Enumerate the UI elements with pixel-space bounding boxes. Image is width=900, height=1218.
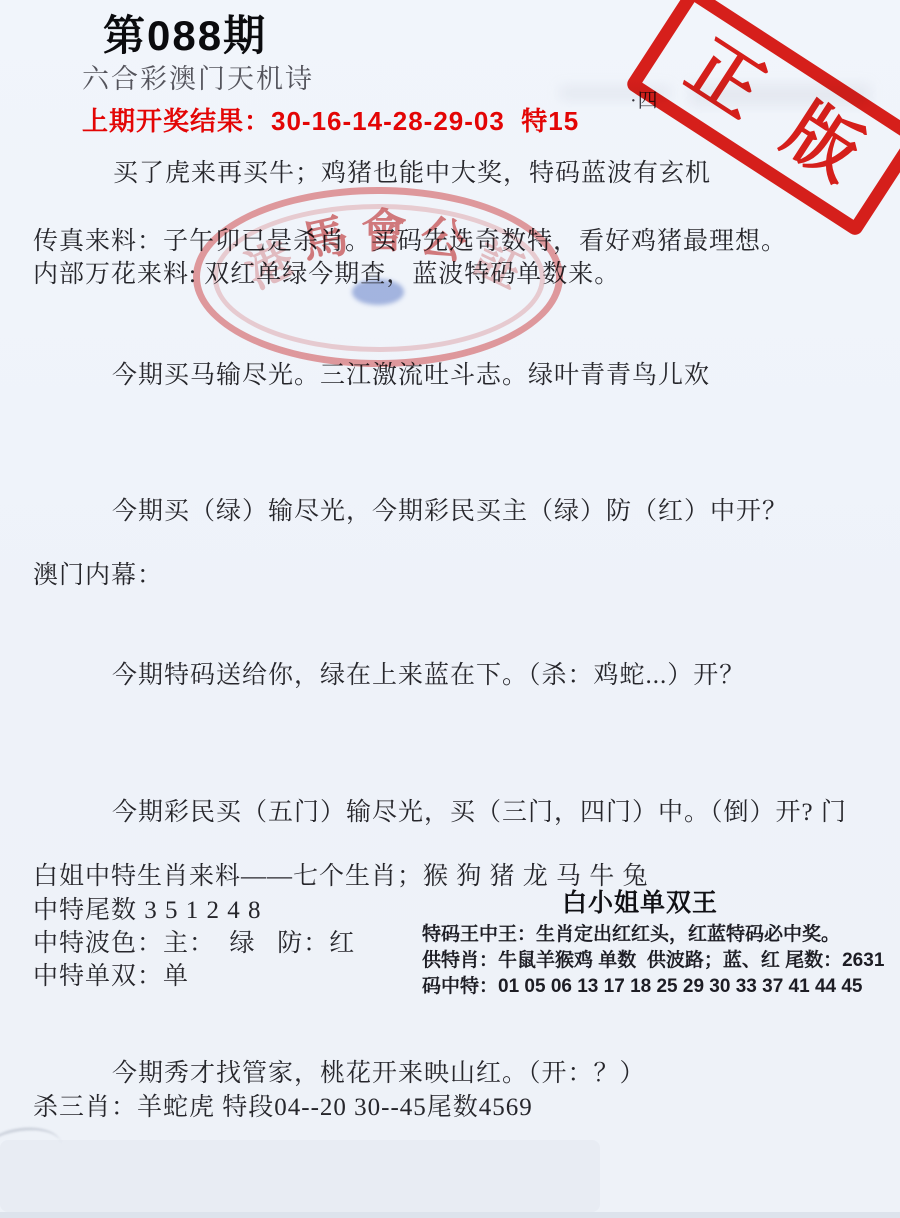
- authentic-stamp-char: 版: [773, 93, 873, 193]
- document-page: 第088期 六合彩澳门天机诗 上期开奖结果：30-16-14-28-29-03 …: [0, 0, 900, 1218]
- odd-even-line: 中特单双：单: [33, 963, 189, 992]
- wave-color-line: 中特波色：主： 绿 防：红: [33, 930, 355, 959]
- scan-shade-bottom-left: [0, 1140, 600, 1212]
- poem-line-5: 今期彩民买（五门）输尽光，买（三门，四门）中。（倒）开? 门: [112, 799, 847, 828]
- poem-line-6: 今期秀才找管家，桃花开来映山红。（开：？）: [112, 1060, 646, 1089]
- poem-line-3: 今期买（绿）输尽光，今期彩民买主（绿）防（红）中开？: [112, 498, 788, 527]
- baijie-zodiac-line: 白姐中特生肖来料——七个生肖；猴 狗 猪 龙 马 牛 兔: [33, 863, 649, 892]
- internal-tip-line: 内部万花来料: 双红单绿今期查，蓝波特码单数来。: [33, 261, 620, 290]
- right-block-title: 白小姐单双王: [520, 889, 760, 918]
- fax-tip-line: 传真来料：子午卯已是杀肖。买码先选奇数特，看好鸡猪最理想。: [33, 228, 787, 257]
- last-draw-result: 上期开奖结果：30-16-14-28-29-03 特15: [82, 107, 579, 137]
- poem-line-1: 买了虎来再买牛；鸡猪也能中大奖，特码蓝波有玄机: [113, 160, 711, 189]
- authentic-stamp-char: 正: [676, 30, 776, 130]
- tail-numbers-line: 中特尾数 3 5 1 2 4 8: [33, 897, 262, 926]
- macau-insider-label: 澳门内幕：: [33, 562, 163, 591]
- margin-note: ·四: [630, 90, 659, 113]
- page-bottom-edge: [0, 1212, 900, 1218]
- kill-three-zodiac-line: 杀三肖：羊蛇虎 特段04--20 30--45尾数4569: [33, 1094, 533, 1123]
- page-subtitle: 六合彩澳门天机诗: [82, 64, 314, 95]
- right-block-line-1: 特码王中王：生肖定出红红头，红蓝特码必中奖。: [422, 924, 840, 946]
- poem-line-4: 今期特码送给你，绿在上来蓝在下。（杀：鸡蛇...）开？: [112, 662, 745, 691]
- authentic-stamp-frame: 正 版: [624, 0, 900, 238]
- scan-smudge-top-right: [690, 84, 870, 106]
- right-block-line-2: 供特肖：牛鼠羊猴鸡 单数 供波路；蓝、红 尾数：2631: [422, 950, 884, 972]
- poem-line-2: 今期买马输尽光。三江激流吐斗志。绿叶青青鸟儿欢: [112, 362, 710, 391]
- page-title: 第088期: [103, 12, 267, 60]
- right-block-line-3: 码中特：01 05 06 13 17 18 25 29 30 33 37 41 …: [422, 976, 863, 998]
